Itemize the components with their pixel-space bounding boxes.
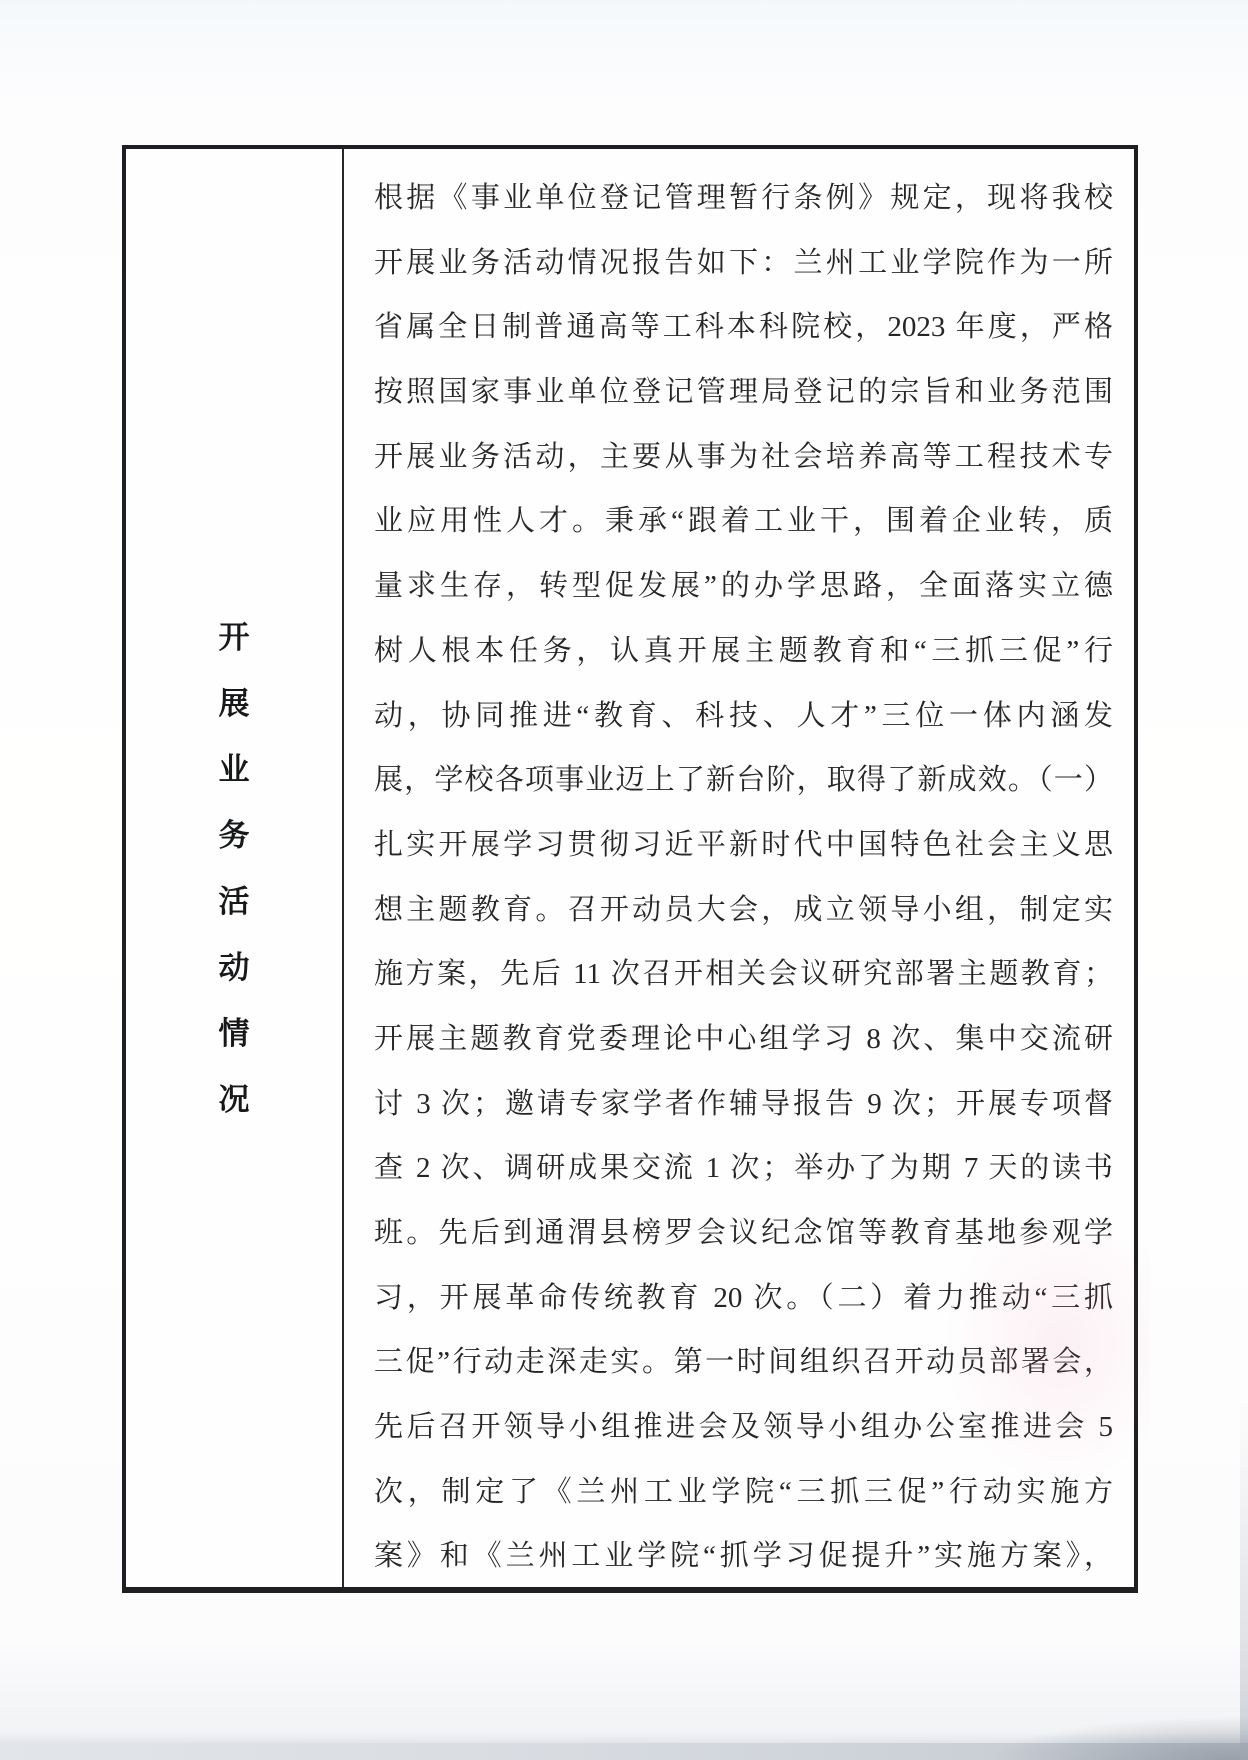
row-label-char: 动 (219, 952, 250, 983)
scan-right-edge-shadow (1240, 1400, 1248, 1760)
report-text-line: 施方案，先后 11 次召开相关会议研究部署主题教育； (374, 942, 1113, 1007)
row-label-char: 业 (219, 754, 250, 785)
report-text-line: 三促”行动走深走实。第一时间组织召开动员部署会， (374, 1330, 1113, 1395)
report-text-line: 开展业务活动情况报告如下：兰州工业学院作为一所 (374, 231, 1113, 296)
report-text-line: 按照国家事业单位登记管理局登记的宗旨和业务范围 (374, 360, 1113, 425)
report-text-line: 次，制定了《兰州工业学院“三抓三促”行动实施方 (374, 1460, 1113, 1525)
report-body-cell: 根据《事业单位登记管理暂行条例》规定，现将我校 开展业务活动情况报告如下：兰州工… (344, 149, 1134, 1587)
row-label-char: 展 (219, 688, 250, 719)
row-label-cell: 开 展 业 务 活 动 情 况 (126, 149, 344, 1587)
report-text-line: 开展业务活动，主要从事为社会培养高等工程技术专 (374, 425, 1113, 490)
row-label-char: 务 (219, 820, 250, 851)
report-text-line: 根据《事业单位登记管理暂行条例》规定，现将我校 (374, 166, 1113, 231)
report-text-line: 动，协同推进“教育、科技、人才”三位一体内涵发 (374, 684, 1113, 749)
report-text-line: 扎实开展学习贯彻习近平新时代中国特色社会主义思 (374, 813, 1113, 878)
report-text-line: 班。先后到通渭县榜罗会议纪念馆等教育基地参观学 (374, 1201, 1113, 1266)
report-text-line: 习，开展革命传统教育 20 次。（二）着力推动“三抓 (374, 1266, 1113, 1331)
report-text-line: 开展主题教育党委理论中心组学习 8 次、集中交流研 (374, 1007, 1113, 1072)
report-text-line: 先后召开领导小组推进会及领导小组办公室推进会 5 (374, 1395, 1113, 1460)
scanned-page: 开 展 业 务 活 动 情 况 根据《事业单位登记管理暂行条例》规定，现将我校 … (0, 0, 1248, 1760)
report-text-line: 业应用性人才。秉承“跟着工业干，围着企业转，质 (374, 489, 1113, 554)
scan-corner-shadow (988, 1716, 1248, 1760)
report-text-line: 树人根本任务，认真开展主题教育和“三抓三促”行 (374, 619, 1113, 684)
report-text-line: 案》和《兰州工业学院“抓学习促提升”实施方案》， (374, 1524, 1113, 1589)
report-text-line: 展，学校各项事业迈上了新台阶，取得了新成效。（一） (374, 748, 1113, 813)
report-text-line: 查 2 次、调研成果交流 1 次；举办了为期 7 天的读书 (374, 1136, 1113, 1201)
report-text-line: 讨 3 次；邀请专家学者作辅导报告 9 次；开展专项督 (374, 1072, 1113, 1137)
report-table: 开 展 业 务 活 动 情 况 根据《事业单位登记管理暂行条例》规定，现将我校 … (122, 145, 1138, 1593)
row-label-char: 活 (219, 886, 250, 917)
row-label-char: 情 (219, 1018, 250, 1049)
report-text-line: 想主题教育。召开动员大会，成立领导小组，制定实 (374, 878, 1113, 943)
report-text-line: 省属全日制普通高等工科本科院校，2023 年度，严格 (374, 295, 1113, 360)
row-label-char: 况 (219, 1084, 250, 1115)
row-label-char: 开 (219, 622, 250, 653)
report-text-line: 量求生存，转型促发展”的办学思路，全面落实立德 (374, 554, 1113, 619)
